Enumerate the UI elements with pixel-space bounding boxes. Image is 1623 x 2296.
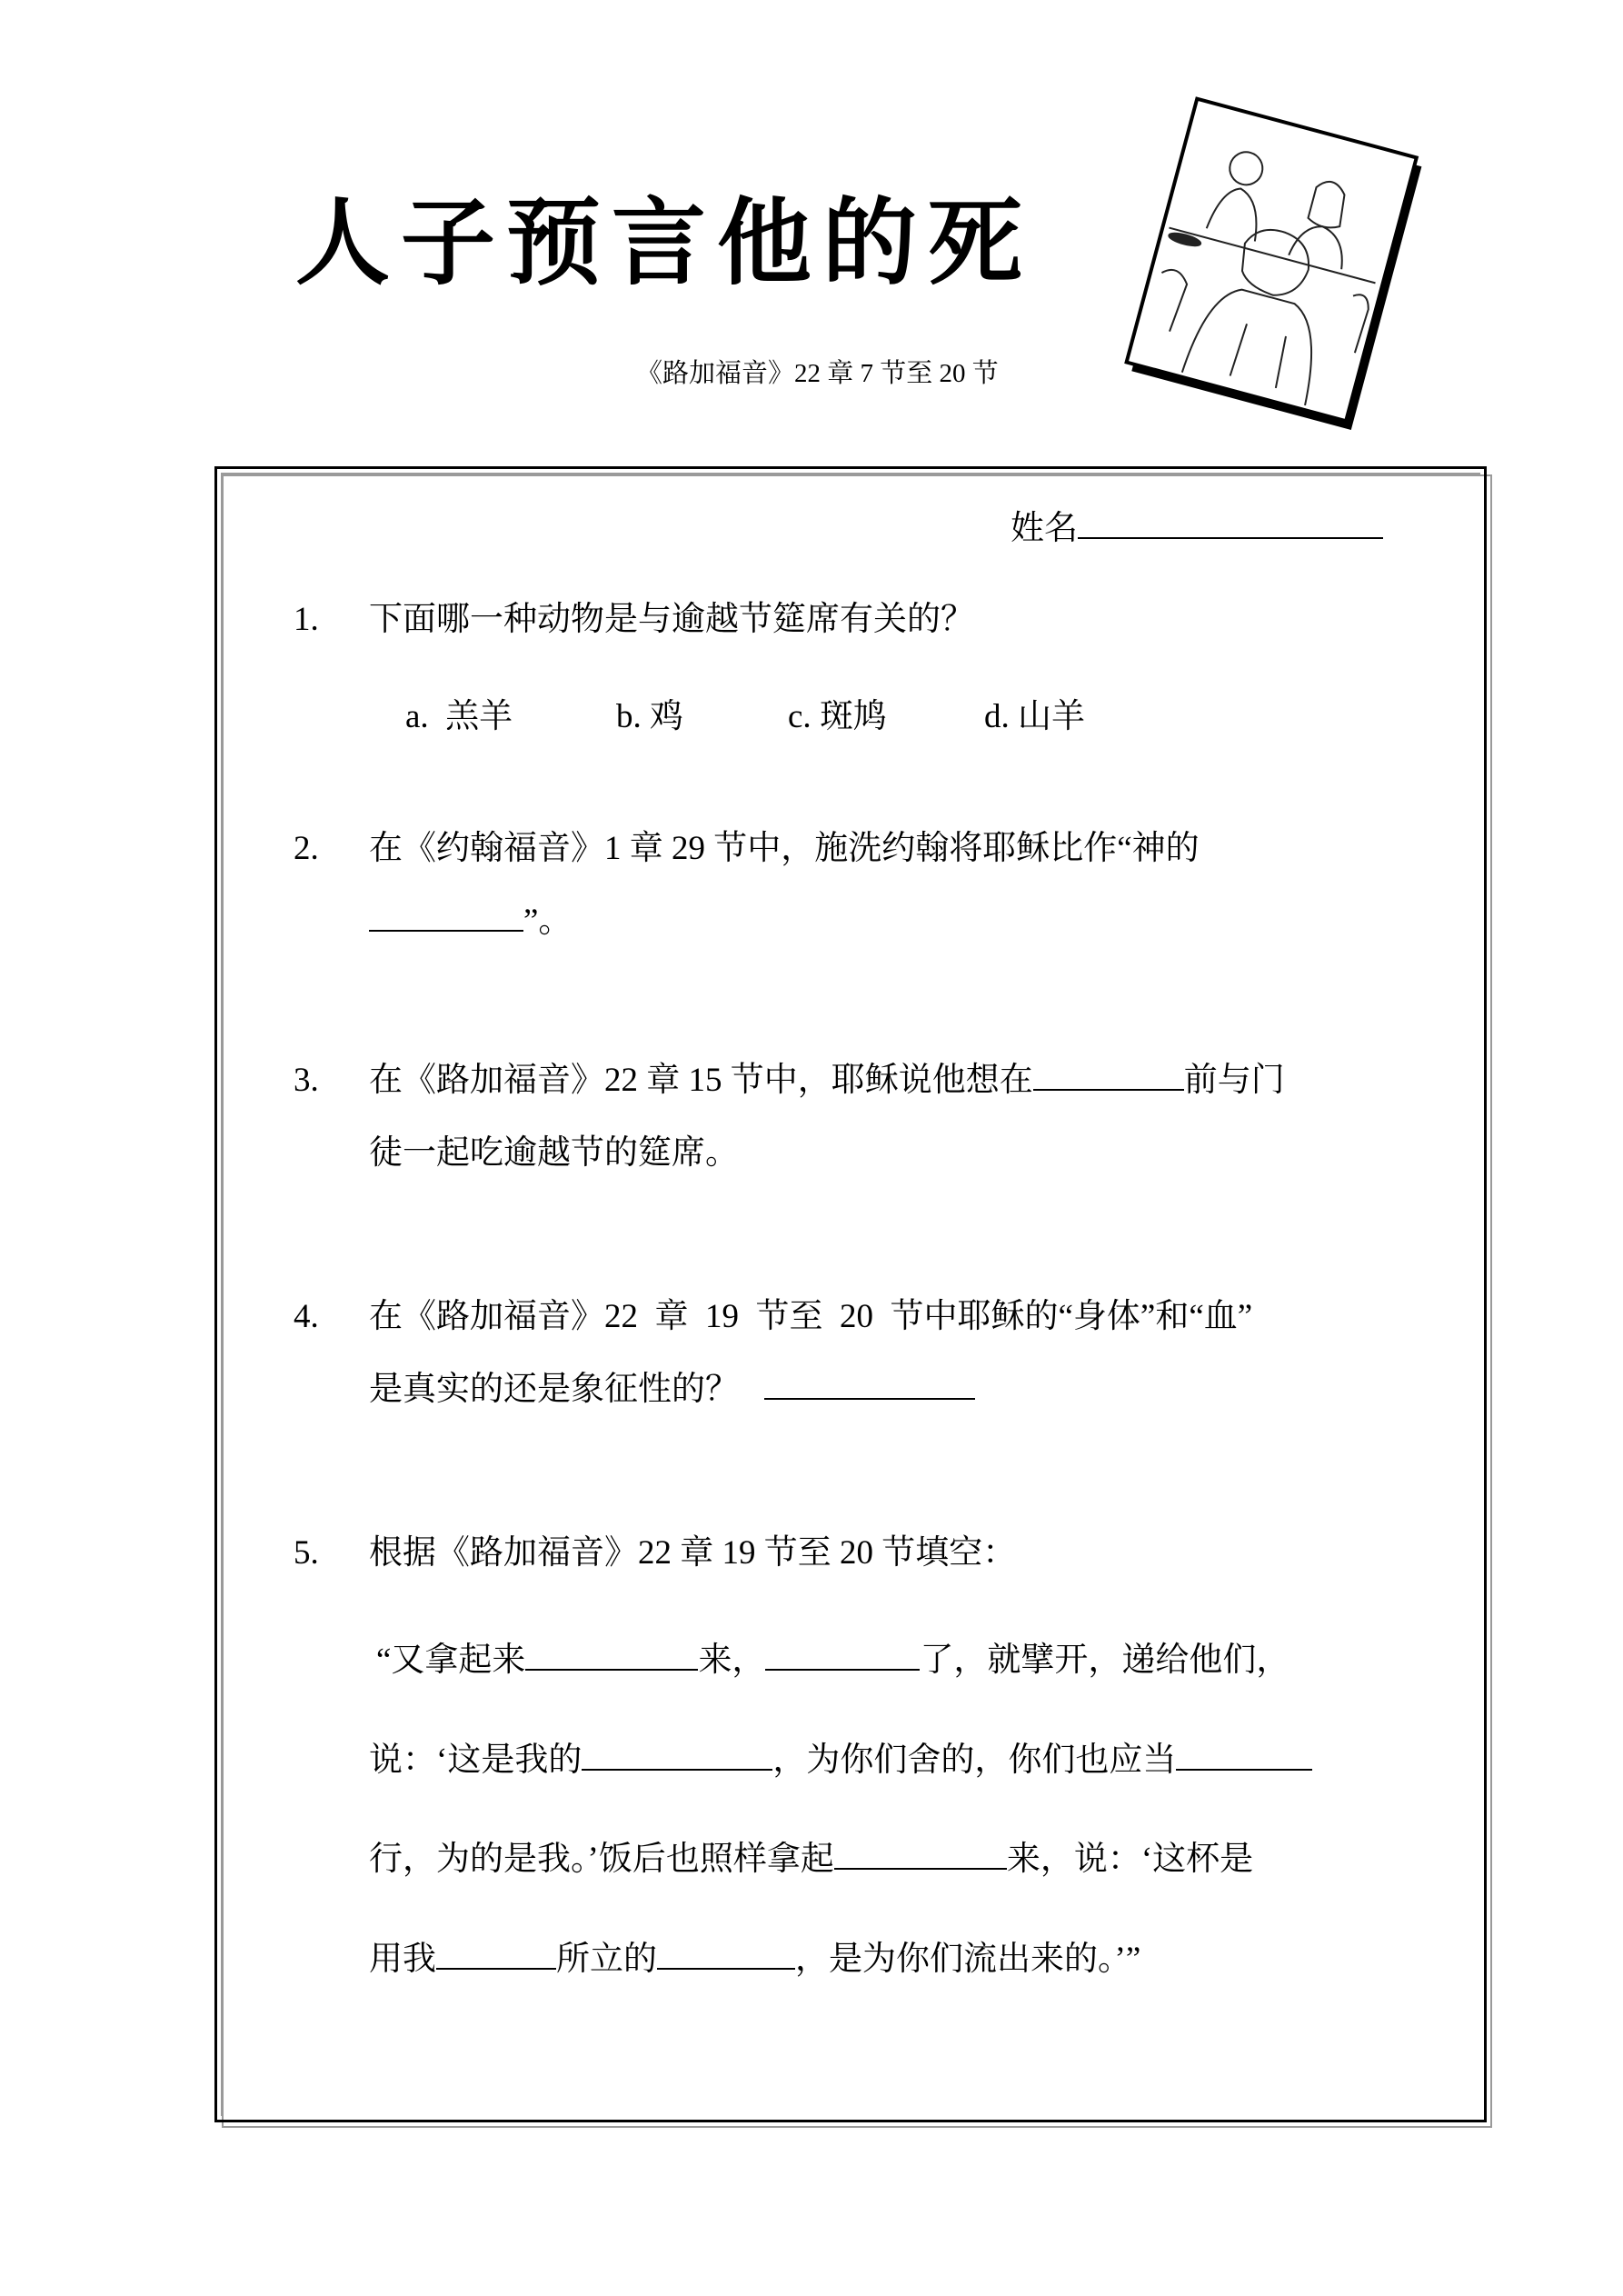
name-blank[interactable]	[1078, 536, 1383, 539]
question-1-number: 1.	[294, 603, 319, 636]
option-b[interactable]: b. 鸡	[616, 700, 683, 734]
q5-blank-2[interactable]	[765, 1668, 920, 1671]
question-2-line1: 在《约翰福音》1 章 29 节中，施洗约翰将耶稣比作“神的	[369, 832, 1200, 865]
q5-blank-5[interactable]	[834, 1867, 1007, 1870]
question-5-line2: 说：‘这是我的，为你们舍的，你们也应当	[369, 1743, 1312, 1777]
name-label: 姓名	[1011, 510, 1078, 547]
question-4-line2: 是真实的还是象征性的？	[369, 1373, 975, 1406]
scripture-reference: 《路加福音》22 章 7 节至 20 节	[636, 361, 999, 387]
question-5-line3: 行，为的是我。’饭后也照样拿起来，说：‘这杯是	[369, 1842, 1253, 1876]
q5-blank-4[interactable]	[1176, 1768, 1312, 1771]
question-2-blank[interactable]	[369, 929, 523, 932]
question-2-line2: ”。	[369, 904, 572, 938]
option-a[interactable]: a. 羔羊	[405, 700, 513, 734]
q5-blank-7[interactable]	[657, 1967, 795, 1970]
question-5-number: 5.	[294, 1536, 319, 1570]
question-2-number: 2.	[294, 832, 319, 865]
question-1-text: 下面哪一种动物是与逾越节筵席有关的？	[369, 603, 974, 636]
question-3-line1: 在《路加福音》22 章 15 节中，耶稣说他想在前与门	[369, 1063, 1285, 1097]
q5-blank-1[interactable]	[525, 1668, 698, 1671]
question-3-line2: 徒一起吃逾越节的筵席。	[369, 1136, 739, 1170]
last-supper-illustration	[1113, 91, 1422, 436]
question-4-line1: 在《路加福音》22 章 19 节至 20 节中耶稣的“身体”和“血”	[369, 1300, 1252, 1333]
q5-blank-3[interactable]	[582, 1768, 772, 1771]
question-3-number: 3.	[294, 1063, 319, 1097]
question-5-prompt: 根据《路加福音》22 章 19 节至 20 节填空：	[369, 1536, 1016, 1570]
page-title: 人子预言他的死	[295, 195, 1033, 290]
option-d[interactable]: d. 山羊	[984, 700, 1085, 734]
question-5-line4: 用我所立的，是为你们流出来的。’”	[369, 1942, 1140, 1976]
question-4-number: 4.	[294, 1300, 319, 1333]
option-c[interactable]: c. 斑鸠	[788, 700, 887, 734]
question-4-blank[interactable]	[764, 1397, 975, 1400]
name-field[interactable]: 姓名	[1011, 512, 1383, 545]
question-5-line1: “又拿起来来，了，就擘开，递给他们，	[376, 1643, 1289, 1677]
question-3-blank[interactable]	[1033, 1088, 1184, 1091]
q5-blank-6[interactable]	[436, 1967, 556, 1970]
